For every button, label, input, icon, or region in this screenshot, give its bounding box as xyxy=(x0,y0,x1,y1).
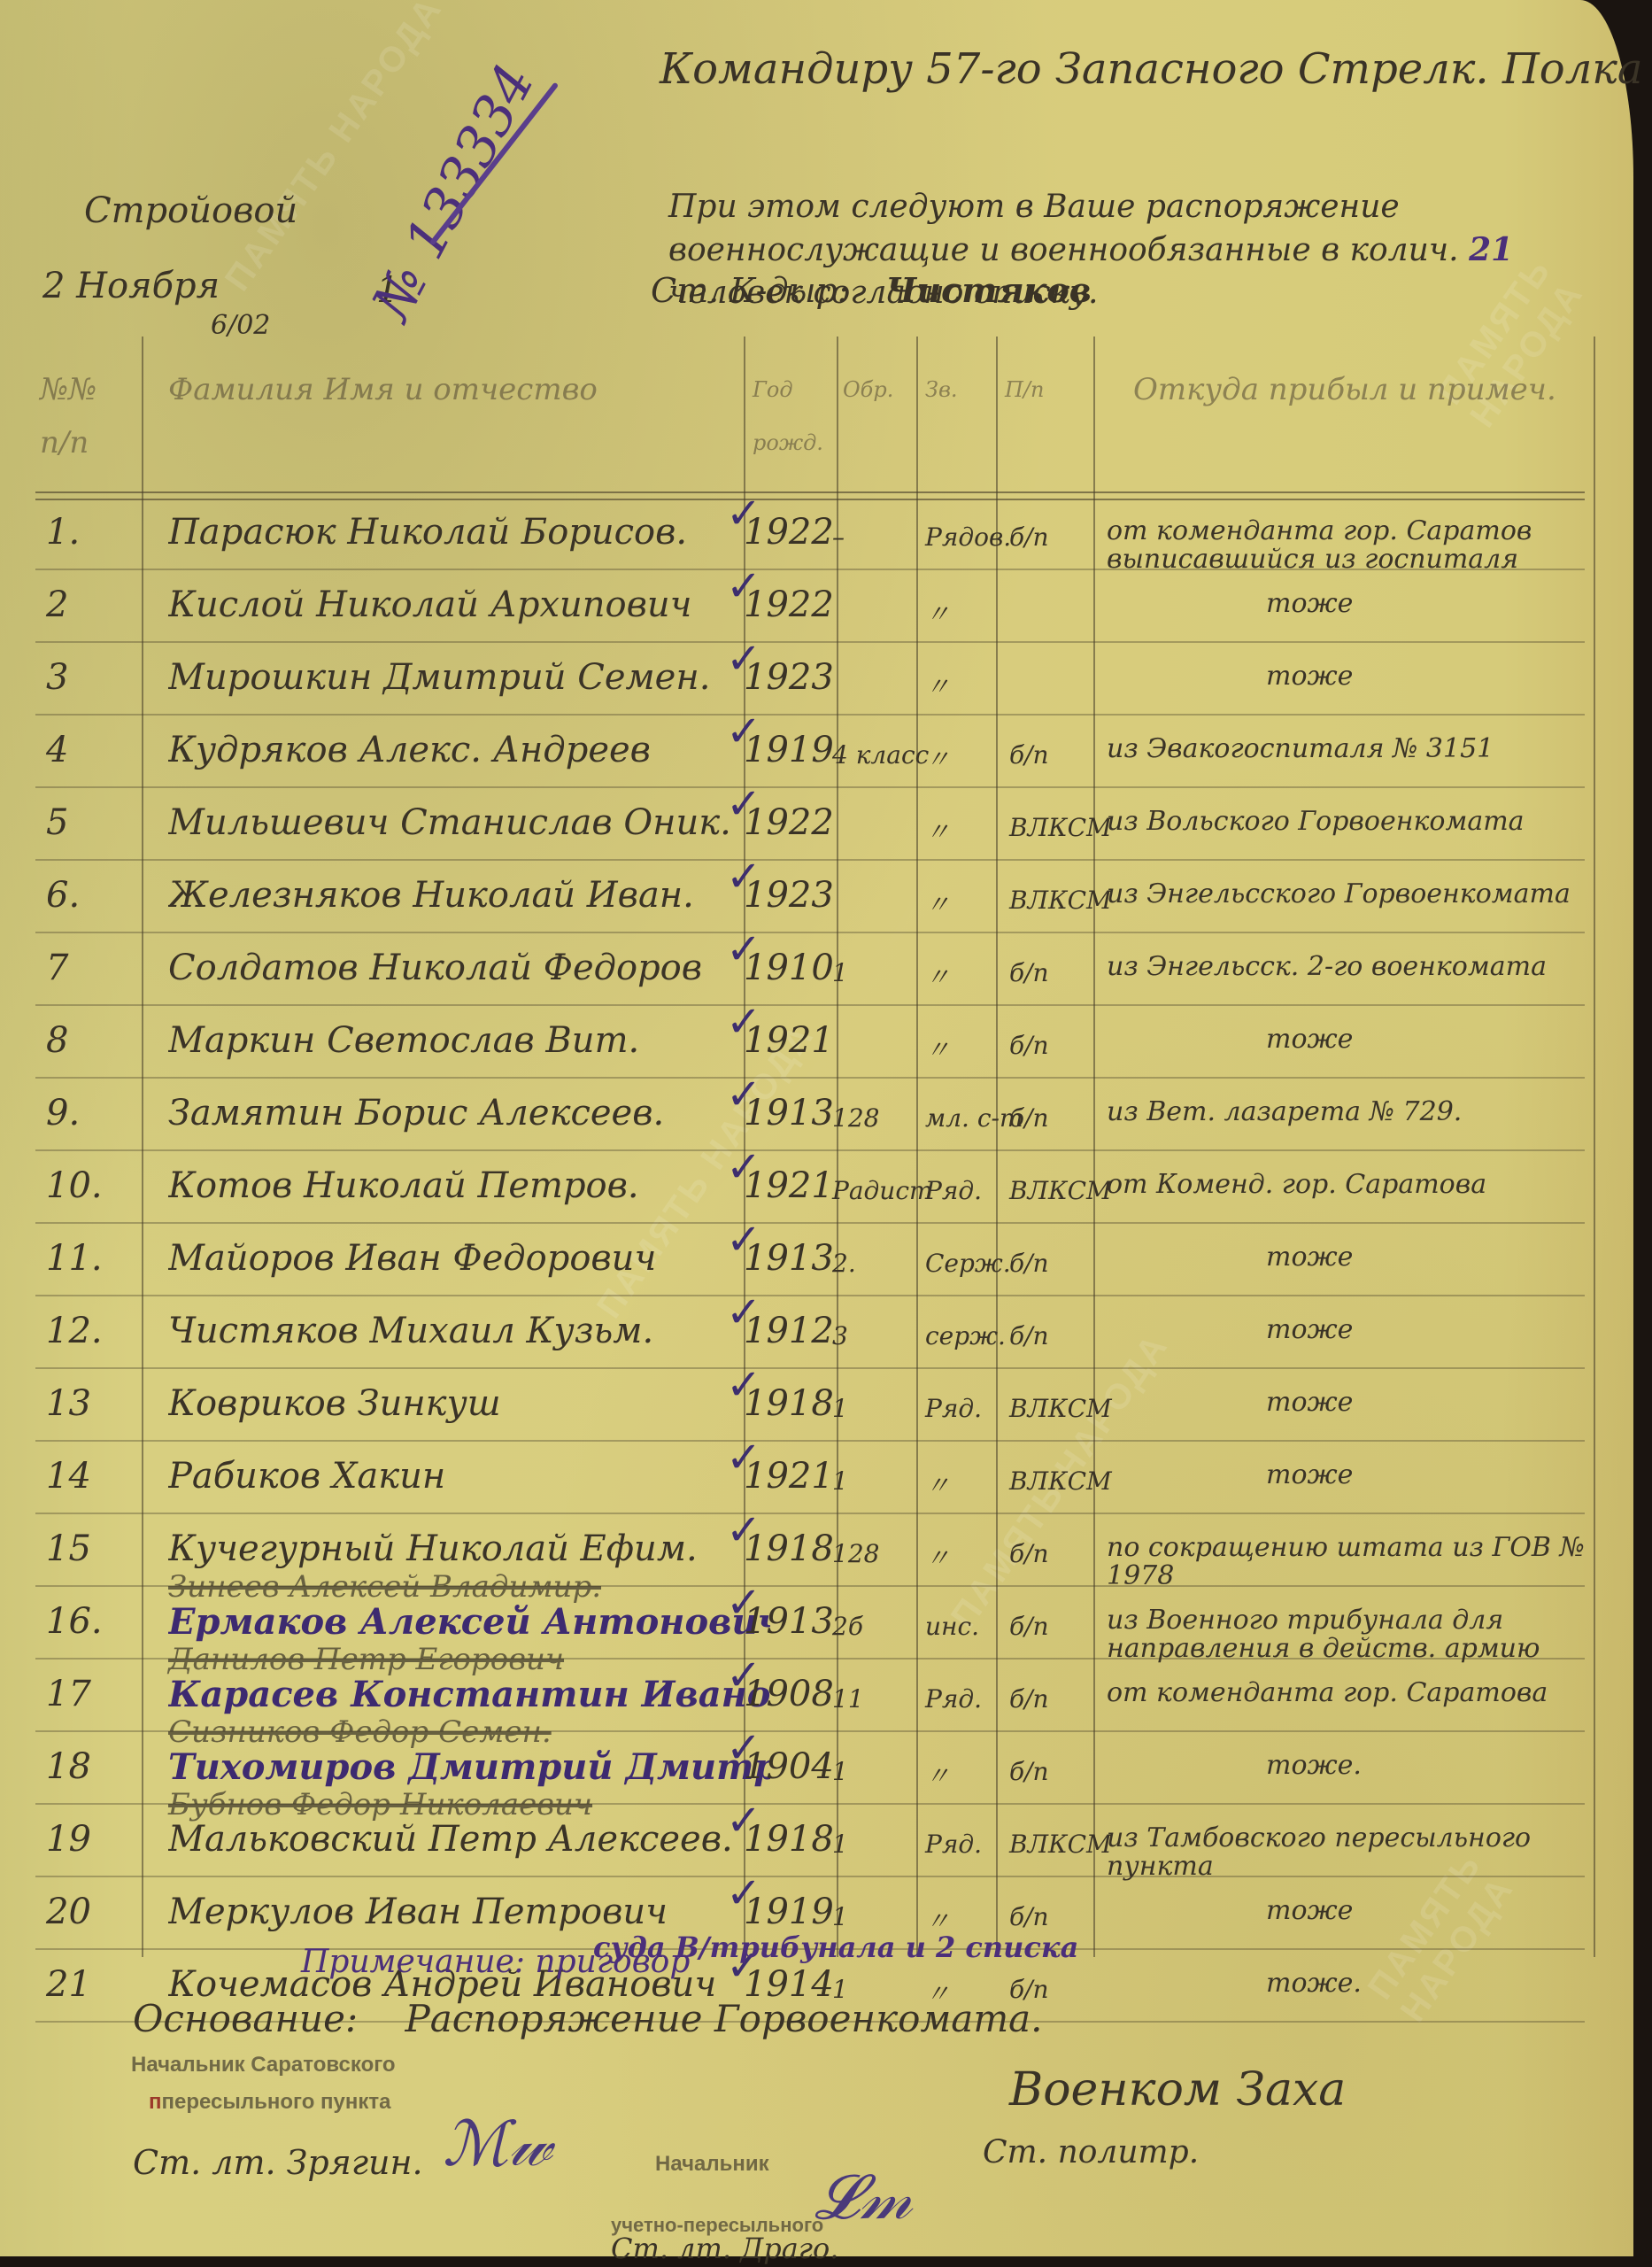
chief1-signature: Ст. лт. Зрягин. xyxy=(133,2143,423,2182)
person-name: Железняков Николай Иван. xyxy=(168,875,770,916)
checkmark-icon: ✓ xyxy=(726,1651,761,1700)
arrived-from: тоже xyxy=(1107,1025,1652,1054)
party-status: б/п xyxy=(1009,958,1107,987)
party-status: б/п xyxy=(1009,522,1107,552)
rank: 〃 xyxy=(925,886,1005,921)
row-number: 9. xyxy=(46,1093,99,1133)
rank: 〃 xyxy=(925,1466,1005,1502)
rank: Серж. xyxy=(925,1249,1005,1278)
rank: 〃 xyxy=(925,813,1005,848)
checkmark-icon: ✓ xyxy=(726,1433,761,1482)
person-name: Мальковский Петр Алексеев. xyxy=(168,1819,770,1860)
rank: Ряд. xyxy=(925,1394,1005,1423)
row-number: 18 xyxy=(46,1746,99,1787)
person-name: Чистяков Михаил Кузьм. xyxy=(168,1311,770,1351)
person-name: Кучегурный Николай Ефим. xyxy=(168,1528,770,1569)
table-row: 4Кудряков Алекс. Андреев19194 класс〃б/пи… xyxy=(35,723,1585,788)
rank: Ряд. xyxy=(925,1684,1005,1714)
rank: Ряд. xyxy=(925,1176,1005,1205)
table-row: 12.Чистяков Михаил Кузьм.19123серж.б/пто… xyxy=(35,1304,1585,1369)
cover-text-part1: При этом следуют в Ваше распоряжение вое… xyxy=(668,189,1459,268)
rank: инс. xyxy=(925,1612,1005,1641)
checkmark-icon: ✓ xyxy=(726,634,761,684)
party-status: ВЛКСМ xyxy=(1009,1466,1107,1496)
checkmark-icon: ✓ xyxy=(726,779,761,829)
row-number: 15 xyxy=(46,1528,99,1569)
column-divider xyxy=(1594,337,1595,1957)
table-row: 7Солдатов Николай Федоров19101〃б/пиз Энг… xyxy=(35,940,1585,1006)
row-number: 7 xyxy=(46,948,99,988)
checkmark-icon: ✓ xyxy=(726,1142,761,1192)
education: 11 xyxy=(832,1684,907,1714)
party-status: б/п xyxy=(1009,1612,1107,1641)
arrived-from: из Военного трибунала для направления в … xyxy=(1107,1606,1602,1663)
checkmark-icon: ✓ xyxy=(726,1578,761,1628)
checkmark-icon: ✓ xyxy=(726,1360,761,1410)
struck-name: Бубнов Федор Николаевич xyxy=(168,1787,592,1822)
arrived-from: тоже xyxy=(1107,1389,1652,1417)
row-number: 14 xyxy=(46,1456,99,1497)
table-row: 13Ковриков Зинкуш19181Ряд.ВЛКСМтоже✓ xyxy=(35,1376,1585,1442)
chief2-title: Начальник xyxy=(655,2152,769,2177)
table-row: 14Рабиков Хакин19211〃ВЛКСМтоже✓ xyxy=(35,1449,1585,1514)
education: – xyxy=(832,522,907,552)
party-status: ВЛКСМ xyxy=(1009,813,1107,842)
party-status: б/п xyxy=(1009,1539,1107,1568)
signer-title: Ст. К-дыр: xyxy=(651,271,849,310)
header-name: Фамилия Имя и отчество xyxy=(168,363,664,416)
table-row: 19Мальковский Петр Алексеев.19181Ряд.ВЛК… xyxy=(35,1812,1585,1877)
header-year: Год рожд. xyxy=(753,363,832,469)
row-number: 5 xyxy=(46,802,99,843)
personnel-table: №№ п/п Фамилия Имя и отчество Год рожд. … xyxy=(35,337,1620,1957)
party-status: ВЛКСМ xyxy=(1009,1176,1107,1205)
person-name: Мирошкин Дмитрий Семен. xyxy=(168,657,770,698)
person-name: Тихомиров Дмитрий Дмитр. xyxy=(168,1746,770,1788)
arrived-from: из Энгельсск. 2-го военкомата xyxy=(1107,953,1602,981)
chief1-title: Начальник Саратовского xyxy=(131,2053,396,2077)
checkmark-icon: ✓ xyxy=(726,1288,761,1337)
sender-label: Стройовой xyxy=(84,190,297,231)
signature-scrawl: 𝓛𝓂 xyxy=(814,2161,912,2234)
table-row: 3Мирошкин Дмитрий Семен.1923〃тоже✓ xyxy=(35,650,1585,716)
commissar-signature: Военком Заха xyxy=(1009,2063,1346,2116)
row-number: 10. xyxy=(46,1165,99,1206)
checkmark-icon: ✓ xyxy=(726,925,761,974)
checkmark-icon: ✓ xyxy=(726,561,761,611)
basis-text: Распоряжение Горвоенкомата. xyxy=(405,1997,1042,2040)
education: 4 класс xyxy=(832,740,907,770)
header-rank: Зв. xyxy=(925,363,996,416)
table-row: 1.Парасюк Николай Борисов.1922–Рядов.б/п… xyxy=(35,505,1585,570)
person-name: Ермаков Алексей Антонович xyxy=(168,1601,770,1643)
party-status: б/п xyxy=(1009,1031,1107,1060)
arrived-from: тоже xyxy=(1107,1243,1652,1272)
person-count: 21 xyxy=(1469,231,1513,268)
checkmark-icon: ✓ xyxy=(726,1796,761,1845)
person-name: Карасев Константин Иванов. xyxy=(168,1674,770,1715)
person-name: Котов Николай Петров. xyxy=(168,1165,770,1206)
header-double-rule xyxy=(35,491,1585,500)
party-status: б/п xyxy=(1009,740,1107,770)
header-num: №№ п/п xyxy=(40,363,128,469)
row-number: 12. xyxy=(46,1311,99,1351)
party-status: ВЛКСМ xyxy=(1009,886,1107,915)
row-number: 16. xyxy=(46,1601,99,1642)
cover-signature: Ст. К-дыр: Чистяков xyxy=(651,270,1092,310)
person-name: Солдатов Николай Федоров xyxy=(168,948,770,988)
checkmark-icon: ✓ xyxy=(726,997,761,1047)
education: Радист xyxy=(832,1176,907,1205)
education: 128 xyxy=(832,1103,907,1133)
row-number: 21 xyxy=(46,1964,99,2005)
arrived-from: по сокращению штата из ГОВ № 1978 xyxy=(1107,1534,1602,1590)
arrived-from: тоже. xyxy=(1107,1752,1652,1780)
row-number: 3 xyxy=(46,657,99,698)
person-name: Мильшевич Станислав Оник. xyxy=(168,802,770,843)
row-number: 20 xyxy=(46,1892,99,1932)
struck-name: Сизников Федор Семен. xyxy=(168,1714,552,1750)
arrived-from: тоже xyxy=(1107,1461,1652,1489)
arrived-from: тоже xyxy=(1107,662,1652,691)
signature-scrawl: ℳ𝓌 xyxy=(443,2108,552,2181)
checkmark-icon: ✓ xyxy=(726,1723,761,1773)
arrived-from: от коменданта гор. Саратова xyxy=(1107,1679,1602,1707)
checkmark-icon: ✓ xyxy=(726,1505,761,1555)
arrived-from: из Вольского Горвоенкомата xyxy=(1107,808,1602,836)
education: 128 xyxy=(832,1539,907,1568)
person-name: Парасюк Николай Борисов. xyxy=(168,512,770,553)
arrived-from: тоже xyxy=(1107,1316,1652,1344)
table-row: 11.Майоров Иван Федорович19132.Серж.б/пт… xyxy=(35,1231,1585,1296)
basis-label: Основание: xyxy=(133,1997,358,2040)
basis: Основание: Распоряжение Горвоенкомата. xyxy=(133,1997,1043,2040)
checkmark-icon: ✓ xyxy=(726,489,761,538)
row-number: 19 xyxy=(46,1819,99,1860)
education: 2. xyxy=(832,1249,907,1278)
header-party: П/п xyxy=(1005,363,1085,416)
rank: 〃 xyxy=(925,668,1005,703)
person-name: Маркин Светослав Вит. xyxy=(168,1020,770,1061)
person-name: Замятин Борис Алексеев. xyxy=(168,1093,770,1133)
checkmark-icon: ✓ xyxy=(726,1070,761,1119)
party-status: б/п xyxy=(1009,1249,1107,1278)
rank: Ряд. xyxy=(925,1830,1005,1859)
arrived-from: от коменданта гор. Саратов выписавшийся … xyxy=(1107,517,1602,574)
row-number: 6. xyxy=(46,875,99,916)
row-number: 13 xyxy=(46,1383,99,1424)
signer-name: Чистяков xyxy=(886,270,1092,310)
rank: 〃 xyxy=(925,740,1005,776)
row-number: 4 xyxy=(46,730,99,770)
table-row: 6.Железняков Николай Иван.1923〃ВЛКСМиз Э… xyxy=(35,868,1585,933)
education: 3 xyxy=(832,1321,907,1350)
addressee: Командиру 57-го Запасного Стрелк. Полка xyxy=(660,44,1643,94)
education: 1 xyxy=(832,958,907,987)
person-name: Кислой Николай Архипович xyxy=(168,584,770,625)
arrived-from: из Энгельсского Горвоенкомата xyxy=(1107,880,1602,909)
person-name: Майоров Иван Федорович xyxy=(168,1238,770,1279)
person-name: Ковриков Зинкуш xyxy=(168,1383,770,1424)
arrived-from: от Коменд. гор. Саратова xyxy=(1107,1171,1602,1199)
rank: мл. с-т xyxy=(925,1103,1005,1133)
party-status: б/п xyxy=(1009,1902,1107,1931)
row-number: 11. xyxy=(46,1238,99,1279)
education: 1 xyxy=(832,1830,907,1859)
education: 1 xyxy=(832,1466,907,1496)
party-status: ВЛКСМ xyxy=(1009,1394,1107,1423)
education: 1 xyxy=(832,1757,907,1786)
rank: 〃 xyxy=(925,1031,1005,1066)
party-status: б/п xyxy=(1009,1757,1107,1786)
arrived-from: тоже xyxy=(1107,1897,1652,1925)
arrived-from: из Эвакогоспиталя № 3151 xyxy=(1107,735,1602,763)
party-status: б/п xyxy=(1009,1103,1107,1133)
table-row: 10.Котов Николай Петров.1921РадистРяд.ВЛ… xyxy=(35,1158,1585,1224)
row-number: 1. xyxy=(46,512,99,553)
row-number: 17 xyxy=(46,1674,99,1714)
arrived-from: тоже. xyxy=(1107,1969,1652,1998)
document-sheet: ПАМЯТЬ НАРОДА ПАМЯТЬ НАРОДА ПАМЯТЬ НАРОД… xyxy=(0,0,1633,2256)
table-row: 9.Замятин Борис Алексеев.1913128мл. с-тб… xyxy=(35,1086,1585,1151)
arrived-from: из Вет. лазарета № 729. xyxy=(1107,1098,1602,1126)
education: 1 xyxy=(832,1902,907,1931)
checkmark-icon: ✓ xyxy=(726,1869,761,1918)
education: 2б xyxy=(832,1612,907,1641)
rank: 〃 xyxy=(925,595,1005,631)
party-status: б/п xyxy=(1009,1684,1107,1714)
person-name: Рабиков Хакин xyxy=(168,1456,770,1497)
rank: серж. xyxy=(925,1321,1005,1350)
person-name: Кудряков Алекс. Андреев xyxy=(168,730,770,770)
struck-name: Данилов Петр Егорович xyxy=(168,1642,564,1677)
arrived-from: из Тамбовского пересыльного пункта xyxy=(1107,1824,1602,1881)
table-row: 2Кислой Николай Архипович1922〃тоже✓ xyxy=(35,577,1585,643)
party-status: б/п xyxy=(1009,1321,1107,1350)
chief1-title-2: ппересыльного пункта xyxy=(149,2090,391,2115)
table-row: 5Мильшевич Станислав Оник.1922〃ВЛКСМиз В… xyxy=(35,795,1585,861)
chief2-signature: Ст. лт. Драго. xyxy=(611,2232,838,2265)
rank: 〃 xyxy=(925,1539,1005,1575)
footer-note-order: суда В/трибунала и 2 списка xyxy=(593,1930,1078,1964)
row-number: 8 xyxy=(46,1020,99,1061)
education: 1 xyxy=(832,1394,907,1423)
arrived-from: тоже xyxy=(1107,590,1652,618)
party-status: ВЛКСМ xyxy=(1009,1830,1107,1859)
rank: 〃 xyxy=(925,958,1005,994)
commissar-role: Ст. политр. xyxy=(983,2134,1199,2170)
chief1-title-2-text: пересыльного пункта xyxy=(162,2090,391,2114)
checkmark-icon: ✓ xyxy=(726,1215,761,1265)
row-number: 2 xyxy=(46,584,99,625)
header-from: Откуда прибыл и примеч. xyxy=(1133,363,1558,416)
rank: 〃 xyxy=(925,1757,1005,1792)
table-row: 8Маркин Светослав Вит.1921〃б/птоже✓ xyxy=(35,1013,1585,1079)
rank: Рядов. xyxy=(925,522,1005,552)
struck-name: Зинеев Алексей Владимир. xyxy=(168,1569,601,1605)
person-name: Меркулов Иван Петрович xyxy=(168,1892,770,1932)
header-edu: Обр. xyxy=(843,363,914,416)
checkmark-icon: ✓ xyxy=(726,707,761,756)
date-line: 2 Ноября xyxy=(42,266,220,306)
checkmark-icon: ✓ xyxy=(726,852,761,901)
